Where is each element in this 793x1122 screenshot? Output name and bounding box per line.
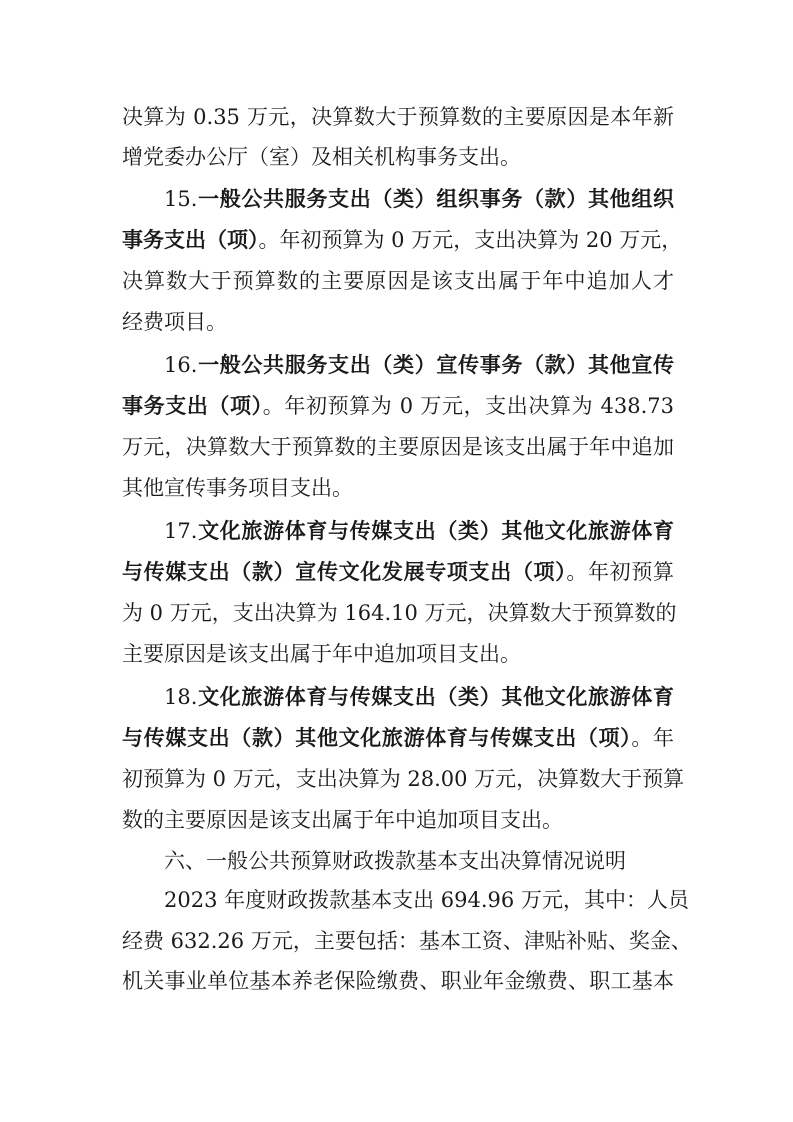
item-text: 。年初预算 (566, 560, 674, 584)
item-title-cont: 事务支出（项） (122, 228, 259, 252)
item-title-cont: 事务支出（项） (122, 394, 263, 418)
item-title-cont: 与传媒支出（款）其他文化旅游体育与传媒支出（项） (122, 726, 631, 750)
paragraph-line: 经费 632.26 万元，主要包括：基本工资、津贴补贴、奖金、 (122, 926, 674, 956)
item-15-line-2: 事务支出（项）。年初预算为 0 万元，支出决算为 20 万元， (122, 225, 674, 255)
item-18-title-line: 18.文化旅游体育与传媒支出（类）其他文化旅游体育 (164, 682, 674, 712)
paragraph-line: 增党委办公厅（室）及相关机构事务支出。 (122, 142, 674, 172)
paragraph-line: 经费项目。 (122, 307, 674, 337)
paragraph-line: 决算数大于预算数的主要原因是该支出属于年中追加人才 (122, 266, 674, 296)
item-number: 17. (164, 519, 197, 543)
item-17-title-line: 17.文化旅游体育与传媒支出（类）其他文化旅游体育 (164, 516, 674, 546)
paragraph-line: 机关事业单位基本养老保险缴费、职业年金缴费、职工基本 (122, 966, 674, 996)
item-title: 一般公共服务支出（类）组织事务（款）其他组织 (197, 187, 674, 211)
paragraph-line: 数的主要原因是该支出属于年中追加项目支出。 (122, 805, 674, 835)
item-16-line-2: 事务支出（项）。年初预算为 0 万元，支出决算为 438.73 (122, 391, 674, 421)
item-number: 15. (164, 187, 197, 211)
item-16-title-line: 16.一般公共服务支出（类）宣传事务（款）其他宣传 (164, 350, 674, 380)
paragraph-line: 其他宣传事务项目支出。 (122, 473, 674, 503)
paragraph-line: 为 0 万元，支出决算为 164.10 万元，决算数大于预算数的 (122, 598, 674, 628)
item-text: 。年初预算为 0 万元，支出决算为 438.73 (263, 394, 674, 418)
item-text: 。年 (631, 726, 674, 750)
item-title: 文化旅游体育与传媒支出（类）其他文化旅游体育 (197, 519, 674, 543)
item-title-cont: 与传媒支出（款）宣传文化发展专项支出（项） (122, 560, 566, 584)
item-number: 16. (164, 353, 197, 377)
item-18-line-2: 与传媒支出（款）其他文化旅游体育与传媒支出（项）。年 (122, 723, 674, 753)
document-page: 决算为 0.35 万元，决算数大于预算数的主要原因是本年新 增党委办公厅（室）及… (0, 0, 793, 1122)
paragraph-line: 万元，决算数大于预算数的主要原因是该支出属于年中追加 (122, 432, 674, 462)
paragraph-line: 主要原因是该支出属于年中追加项目支出。 (122, 639, 674, 669)
item-title: 文化旅游体育与传媒支出（类）其他文化旅游体育 (197, 685, 674, 709)
paragraph-line: 决算为 0.35 万元，决算数大于预算数的主要原因是本年新 (122, 102, 674, 132)
paragraph-line: 初预算为 0 万元，支出决算为 28.00 万元，决算数大于预算 (122, 764, 674, 794)
item-number: 18. (164, 685, 197, 709)
paragraph-line: 2023 年度财政拨款基本支出 694.96 万元，其中：人员 (164, 885, 674, 915)
item-title: 一般公共服务支出（类）宣传事务（款）其他宣传 (197, 353, 674, 377)
item-15-title-line: 15.一般公共服务支出（类）组织事务（款）其他组织 (164, 184, 674, 214)
item-17-line-2: 与传媒支出（款）宣传文化发展专项支出（项）。年初预算 (122, 557, 674, 587)
section-heading: 六、一般公共预算财政拨款基本支出决算情况说明 (164, 846, 674, 876)
item-text: 。年初预算为 0 万元，支出决算为 20 万元， (259, 228, 683, 252)
